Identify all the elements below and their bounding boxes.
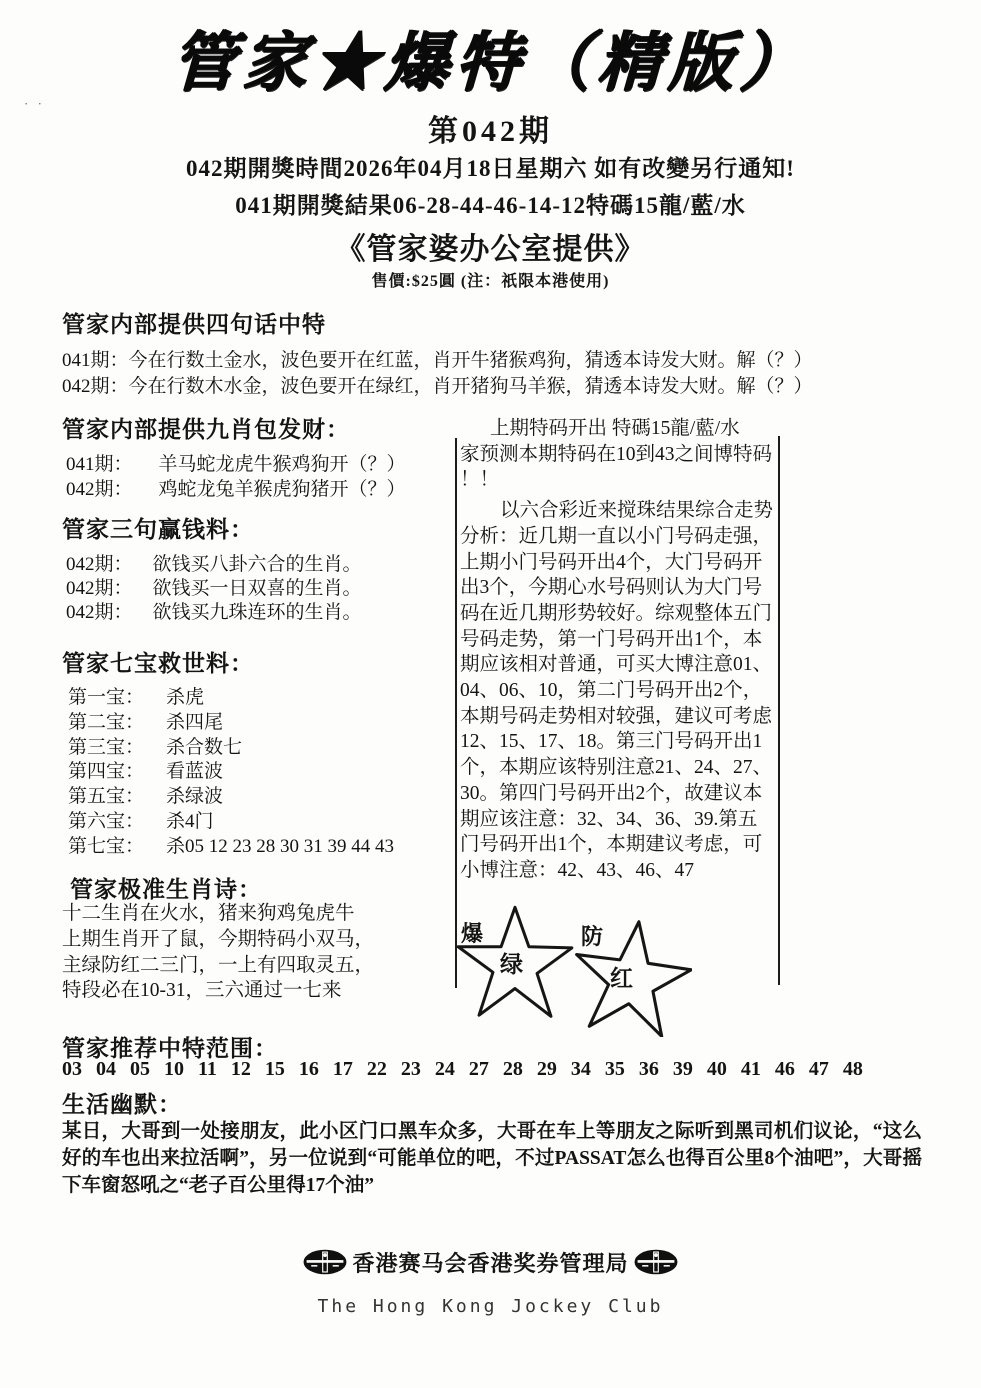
tip-row: 第六宝：杀4门	[68, 810, 394, 835]
row-label: 042期：	[66, 577, 133, 601]
row-label: 第三宝：	[68, 736, 144, 761]
guard-label: 防	[581, 920, 603, 951]
section-heading-three-money: 管家三句赢钱料：	[62, 511, 254, 544]
analysis-line: 出3个，今期心水号码则认为大门号	[460, 575, 778, 601]
last-result-line: 041期開獎結果06-28-44-46-14-12特碼15龍/藍/水	[0, 187, 981, 220]
analysis-line: 小博注意：42、43、46、47	[460, 858, 778, 884]
row-text: 杀合数七	[166, 736, 242, 761]
analysis-text: 上期特码开出 特碼15龍/藍/水 家预测本期特码在10到43之间博特码 ！！ 以…	[460, 416, 778, 884]
row-text: 杀4门	[166, 810, 214, 835]
row-label: 第一宝：	[68, 686, 144, 711]
analysis-line: 期应该注意：32、34、36、39.第五	[460, 807, 778, 833]
tip-row: 041期：羊马蛇龙虎牛猴鸡狗开（？）	[66, 452, 406, 477]
hkjc-logo-icon	[302, 1246, 348, 1278]
row-label: 042期：	[66, 601, 133, 625]
tip-row: 042期：欲钱买九珠连环的生肖。	[66, 601, 362, 625]
row-text: 欲钱买一日双喜的生肖。	[153, 577, 362, 601]
row-label: 第六宝：	[68, 810, 144, 835]
row-label: 042期：	[66, 477, 133, 502]
analysis-line: 期应该相对普通，可买大博注意01、	[460, 652, 778, 678]
analysis-line: 门号码开出1个，本期建议考虑，可	[460, 832, 778, 858]
analysis-line: 本期号码走势相对较强，建议可考虑	[460, 704, 778, 730]
row-label: 042期：	[66, 553, 133, 577]
tip-row: 042期：欲钱买八卦六合的生肖。	[66, 553, 362, 577]
burst-label: 爆	[461, 917, 483, 948]
row-text: 羊马蛇龙虎牛猴鸡狗开（？）	[159, 452, 406, 477]
price-note: 售價:$25圓 (注：祇限本港使用)	[0, 268, 981, 291]
four-sentences-rows: 041期：今在行数土金水，波色要开在红蓝，肖开牛猪猴鸡狗，猜透本诗发大财。解（？…	[62, 348, 813, 400]
provider-line: 《管家婆办公室提供》	[0, 224, 981, 268]
humor-text: 某日，大哥到一处接朋友，此小区门口黑车众多，大哥在车上等朋友之际听到黑司机们议论…	[62, 1118, 922, 1199]
issue-number: 第042期	[0, 106, 981, 150]
analysis-line: 以六合彩近来搅珠结果综合走势	[460, 498, 778, 524]
section-heading-four-sentences: 管家内部提供四句话中特	[62, 306, 326, 339]
analysis-line: 上期特码开出 特碼15龍/藍/水	[460, 416, 778, 442]
analysis-line: 12、15、17、18。第三门号码开出1	[460, 729, 778, 755]
tip-row: 第三宝：杀合数七	[68, 736, 394, 761]
analysis-line: 04、06、10，第二门号码开出2个，	[460, 678, 778, 704]
nine-zodiac-rows: 041期：羊马蛇龙虎牛猴鸡狗开（？） 042期：鸡蛇龙兔羊猴虎狗猪开（？）	[66, 452, 406, 502]
hkjc-logo-icon	[633, 1246, 679, 1278]
analysis-line: 30。第四门号码开出2个，故建议本	[460, 781, 778, 807]
row-text: 鸡蛇龙兔羊猴虎狗猪开（？）	[159, 477, 406, 502]
analysis-line: 码在近几期形势较好。综观整体五门	[460, 601, 778, 627]
tip-row: 042期：鸡蛇龙兔羊猴虎狗猪开（？）	[66, 477, 406, 502]
tip-row: 042期：欲钱买一日双喜的生肖。	[66, 577, 362, 601]
row-label: 第四宝：	[68, 760, 144, 785]
analysis-line: 分析：近几期一直以小门号码走强，	[460, 524, 778, 550]
row-label: 041期：	[66, 452, 133, 477]
red-star-text: 红	[610, 960, 633, 993]
tipsheet-page: · · 管家★爆特（精版） 第042期 042期開獎時間2026年04月18日星…	[0, 0, 981, 1388]
poem-line: 上期生肖开了鼠，今期特码小双马，	[62, 927, 374, 953]
org-name: 香港赛马会香港奖券管理局	[352, 1247, 628, 1278]
row-label: 第二宝：	[68, 711, 144, 736]
row-label: 第七宝：	[68, 835, 144, 860]
page-title: 管家★爆特（精版）	[0, 26, 981, 100]
section-heading-seven-treasures: 管家七宝救世料：	[62, 645, 254, 678]
recommend-numbers: 03 04 05 10 11 12 15 16 17 22 23 24 27 2…	[62, 1058, 863, 1081]
tip-row: 041期：今在行数土金水，波色要开在红蓝，肖开牛猪猴鸡狗，猜透本诗发大财。解（？…	[62, 348, 813, 374]
row-text: 看蓝波	[166, 760, 223, 785]
poem-line: 主绿防红二三门，一上有四取灵五，	[62, 953, 374, 979]
row-text: 杀绿波	[166, 785, 223, 810]
tip-row: 042期：今在行数木水金，波色要开在绿红，肖开猪狗马羊猴，猜透本诗发大财。解（？…	[62, 374, 813, 400]
draw-time-line: 042期開獎時間2026年04月18日星期六 如有改變另行通知!	[0, 150, 981, 183]
row-text: 杀05 12 23 28 30 31 39 44 43	[166, 835, 394, 860]
zodiac-poem-lines: 十二生肖在火水，猪来狗鸡兔虎牛 上期生肖开了鼠，今期特码小双马， 主绿防红二三门…	[62, 901, 374, 1004]
club-name-en: The Hong Kong Jockey Club	[0, 1296, 981, 1317]
tip-row: 第五宝：杀绿波	[68, 785, 394, 810]
tip-row: 第一宝：杀虎	[68, 686, 394, 711]
row-text: 欲钱买八卦六合的生肖。	[153, 553, 362, 577]
row-text: 杀四尾	[166, 711, 223, 736]
analysis-line: 号码走势，第一门号码开出1个，本	[460, 627, 778, 653]
section-heading-zodiac-poem: 管家极准生肖诗：	[70, 871, 262, 904]
seven-treasures-rows: 第一宝：杀虎 第二宝：杀四尾 第三宝：杀合数七 第四宝：看蓝波 第五宝：杀绿波 …	[68, 686, 394, 860]
tip-row: 第七宝：杀05 12 23 28 30 31 39 44 43	[68, 835, 394, 860]
tip-row: 第二宝：杀四尾	[68, 711, 394, 736]
section-heading-nine-zodiac: 管家内部提供九肖包发财：	[62, 411, 350, 444]
analysis-line: 个，本期应该特别注意21、24、27、	[460, 755, 778, 781]
row-label: 第五宝：	[68, 785, 144, 810]
analysis-right-border	[778, 436, 780, 985]
tip-row: 第四宝：看蓝波	[68, 760, 394, 785]
footer-org-row: 香港赛马会香港奖券管理局	[0, 1246, 981, 1278]
row-text: 杀虎	[166, 686, 204, 711]
green-star-text: 绿	[500, 946, 523, 979]
analysis-line: 上期小门号码开出4个，大门号码开	[460, 550, 778, 576]
analysis-line: ！！	[460, 467, 778, 493]
poem-line: 十二生肖在火水，猪来狗鸡兔虎牛	[62, 901, 374, 927]
poem-line: 特段必在10-31，三六通过一七来	[62, 978, 374, 1004]
section-heading-humor: 生活幽默：	[62, 1086, 182, 1119]
three-money-rows: 042期：欲钱买八卦六合的生肖。 042期：欲钱买一日双喜的生肖。 042期：欲…	[66, 553, 362, 625]
analysis-line: 家预测本期特码在10到43之间博特码	[460, 442, 778, 468]
row-text: 欲钱买九珠连环的生肖。	[153, 601, 362, 625]
